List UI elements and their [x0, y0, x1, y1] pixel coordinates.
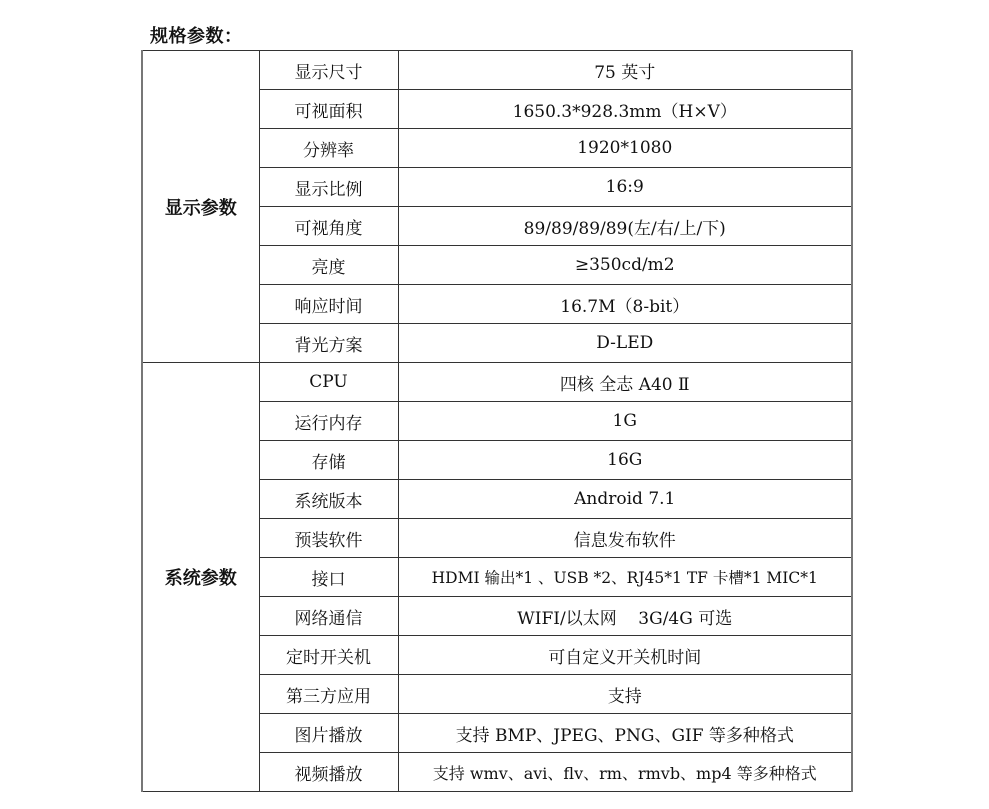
- row-value: 四核 全志 A40 Ⅱ: [398, 363, 852, 402]
- row-value: 支持 wmv、avi、flv、rm、rmvb、mp4 等多种格式: [398, 753, 852, 792]
- row-label: 显示比例: [259, 168, 398, 207]
- row-value: 支持 BMP、JPEG、PNG、GIF 等多种格式: [398, 714, 852, 753]
- row-value: 信息发布软件: [398, 519, 852, 558]
- row-label: 视频播放: [259, 753, 398, 792]
- row-value: 1920*1080: [398, 129, 852, 168]
- row-value: D-LED: [398, 324, 852, 363]
- row-label: 可视角度: [259, 207, 398, 246]
- row-label: 图片播放: [259, 714, 398, 753]
- row-value: Android 7.1: [398, 480, 852, 519]
- row-value: HDMI 输出*1 、USB *2、RJ45*1 TF 卡槽*1 MIC*1: [398, 558, 852, 597]
- row-label: 分辨率: [259, 129, 398, 168]
- table-row: 系统参数 CPU 四核 全志 A40 Ⅱ: [142, 363, 852, 402]
- row-label: 运行内存: [259, 402, 398, 441]
- row-value: 1G: [398, 402, 852, 441]
- row-label: 显示尺寸: [259, 51, 398, 90]
- row-value: 89/89/89/89(左/右/上/下): [398, 207, 852, 246]
- row-label: 接口: [259, 558, 398, 597]
- row-label: 系统版本: [259, 480, 398, 519]
- row-label: 响应时间: [259, 285, 398, 324]
- row-value: 可自定义开关机时间: [398, 636, 852, 675]
- row-label: 背光方案: [259, 324, 398, 363]
- row-value: WIFI/以太网 3G/4G 可选: [398, 597, 852, 636]
- row-label: 第三方应用: [259, 675, 398, 714]
- spec-table: 显示参数 显示尺寸 75 英寸 可视面积 1650.3*928.3mm（H×V）…: [141, 50, 853, 792]
- row-value: ≥350cd/m2: [398, 246, 852, 285]
- row-label: CPU: [259, 363, 398, 402]
- group-label-display: 显示参数: [142, 51, 259, 363]
- row-value: 75 英寸: [398, 51, 852, 90]
- row-value: 支持: [398, 675, 852, 714]
- row-label: 存储: [259, 441, 398, 480]
- row-label: 网络通信: [259, 597, 398, 636]
- row-value: 16:9: [398, 168, 852, 207]
- row-value: 16.7M（8-bit）: [398, 285, 852, 324]
- table-row: 显示参数 显示尺寸 75 英寸: [142, 51, 852, 90]
- row-label: 定时开关机: [259, 636, 398, 675]
- row-value: 1650.3*928.3mm（H×V）: [398, 90, 852, 129]
- row-label: 预装软件: [259, 519, 398, 558]
- row-label: 亮度: [259, 246, 398, 285]
- row-label: 可视面积: [259, 90, 398, 129]
- row-value: 16G: [398, 441, 852, 480]
- group-label-system: 系统参数: [142, 363, 259, 792]
- section-heading: 规格参数：: [150, 22, 243, 48]
